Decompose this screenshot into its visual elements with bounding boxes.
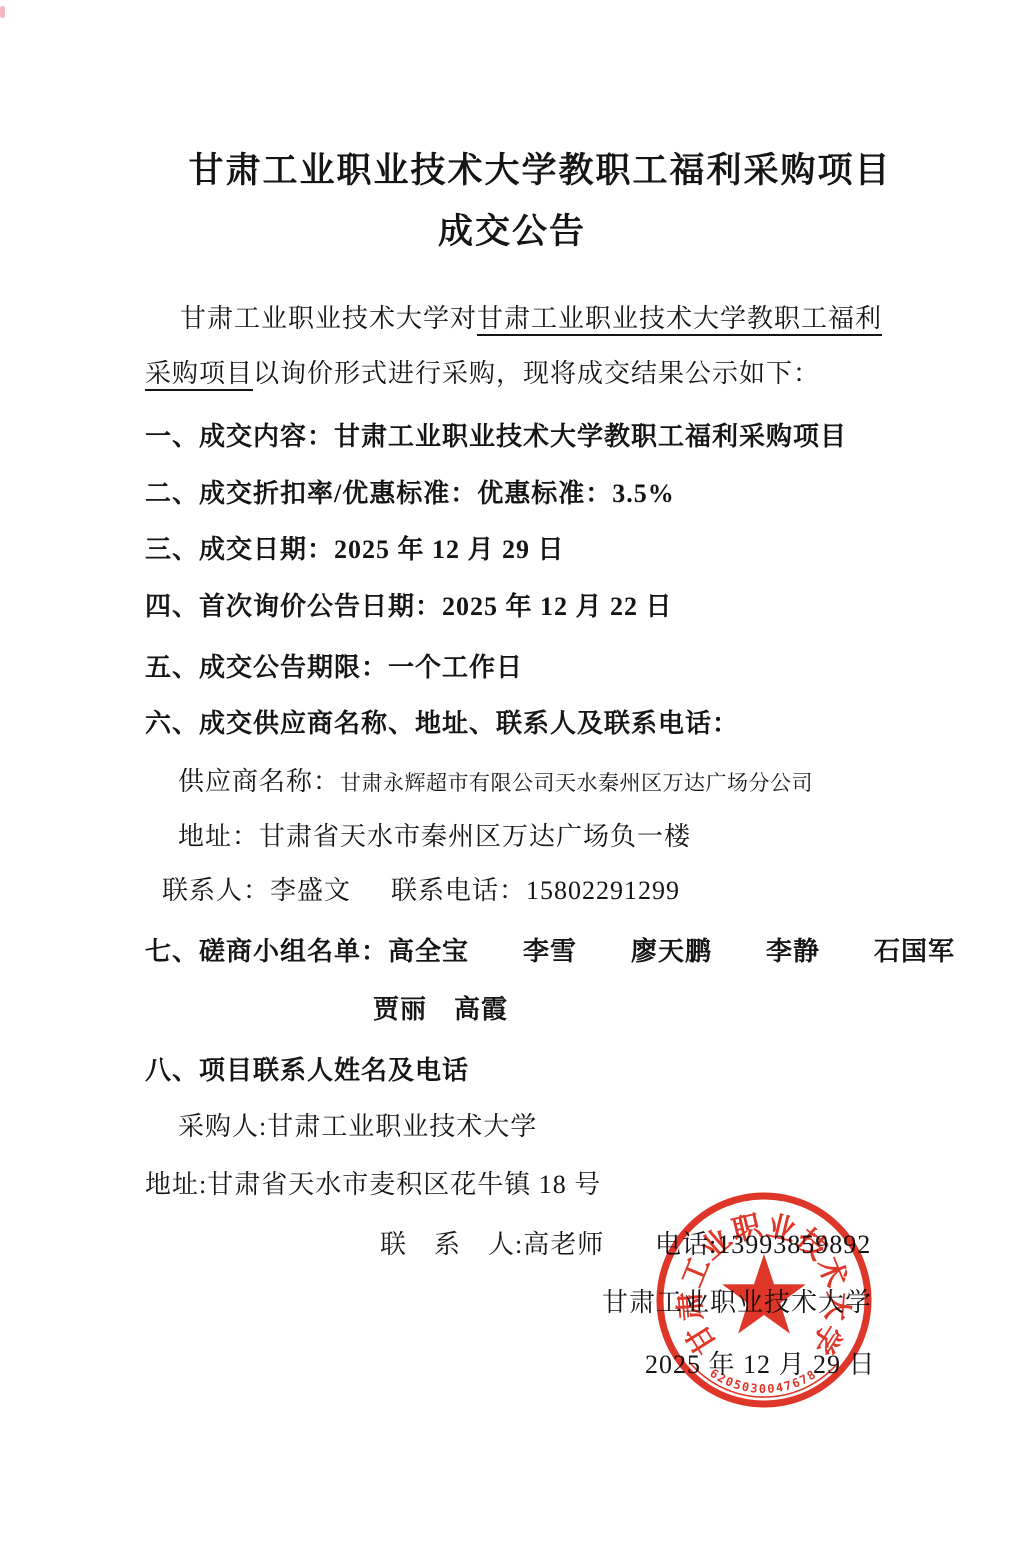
official-seal: 甘肃工业职业技术大学 6205030047678: [648, 1184, 880, 1416]
supplier-name-line: 供应商名称：甘肃永辉超市有限公司天水秦州区万达广场分公司: [178, 766, 813, 797]
footer-contact-person: 联 系 人:高老师: [380, 1229, 604, 1260]
purchaser-address-line: 地址:甘肃省天水市麦积区花牛镇 18 号: [145, 1169, 601, 1200]
supplier-contact-line: 联系人：李盛文联系电话：15802291299: [162, 875, 680, 906]
item-7-label: 七、磋商小组名单：: [145, 937, 388, 966]
svg-text:3: 3: [750, 1381, 759, 1396]
svg-text:0: 0: [759, 1382, 766, 1396]
supplier-name-label: 供应商名称：: [178, 767, 340, 796]
supplier-name-value: 甘肃永辉超市有限公司天水秦州区万达广场分公司: [340, 771, 813, 795]
svg-text:甘: 甘: [680, 1318, 723, 1360]
svg-text:大: 大: [820, 1290, 855, 1322]
scan-artifact: [0, 6, 5, 18]
seal-star-icon: [722, 1254, 806, 1334]
item-7: 七、磋商小组名单：高全宝 李雪 廖天鹏 李静 石国军: [145, 936, 955, 967]
intro-line1-underlined: 甘肃工业职业技术大学教职工福利: [477, 304, 882, 333]
item-7-names2: 贾丽 高霞: [373, 994, 508, 1025]
seal-code-text: 6205030047678: [707, 1366, 818, 1396]
svg-text:0: 0: [767, 1381, 775, 1396]
intro-line1: 甘肃工业职业技术大学对甘肃工业职业技术大学教职工福利: [180, 303, 882, 334]
intro-line2: 采购项目以询价形式进行采购，现将成交结果公示如下：: [145, 358, 820, 389]
supplier-contact: 联系人：李盛文: [162, 876, 351, 905]
item-7-names1: 高全宝 李雪 廖天鹏 李静 石国军: [388, 937, 955, 966]
svg-text:职: 职: [729, 1209, 766, 1248]
page-title-line2: 成交公告: [0, 211, 1024, 253]
document-page: 甘肃工业职业技术大学教职工福利采购项目 成交公告 甘肃工业职业技术大学对甘肃工业…: [0, 0, 1024, 1568]
purchaser-line: 采购人:甘肃工业职业技术大学: [178, 1111, 537, 1142]
official-seal-graphic: 甘肃工业职业技术大学 6205030047678: [648, 1184, 880, 1416]
svg-text:学: 学: [805, 1318, 848, 1360]
item-8: 八、项目联系人姓名及电话: [145, 1055, 469, 1086]
intro-line1-prefix: 甘肃工业职业技术大学对: [180, 304, 477, 333]
item-6: 六、成交供应商名称、地址、联系人及联系电话：: [145, 708, 739, 739]
item-2: 二、成交折扣率/优惠标准：优惠标准：3.5%: [145, 478, 675, 509]
item-1: 一、成交内容：甘肃工业职业技术大学教职工福利采购项目: [145, 421, 847, 452]
item-5: 五、成交公告期限：一个工作日: [145, 652, 523, 683]
page-title-line1: 甘肃工业职业技术大学教职工福利采购项目: [0, 150, 1024, 192]
intro-line2-rest: 以询价形式进行采购，现将成交结果公示如下：: [253, 359, 820, 388]
intro-line2-underlined: 采购项目: [145, 359, 253, 388]
item-4: 四、首次询价公告日期：2025 年 12 月 22 日: [145, 591, 673, 622]
supplier-phone: 联系电话：15802291299: [391, 876, 680, 905]
svg-text:肃: 肃: [673, 1290, 708, 1322]
supplier-address-line: 地址：甘肃省天水市秦州区万达广场负一楼: [178, 821, 691, 852]
item-3: 三、成交日期：2025 年 12 月 29 日: [145, 534, 565, 565]
